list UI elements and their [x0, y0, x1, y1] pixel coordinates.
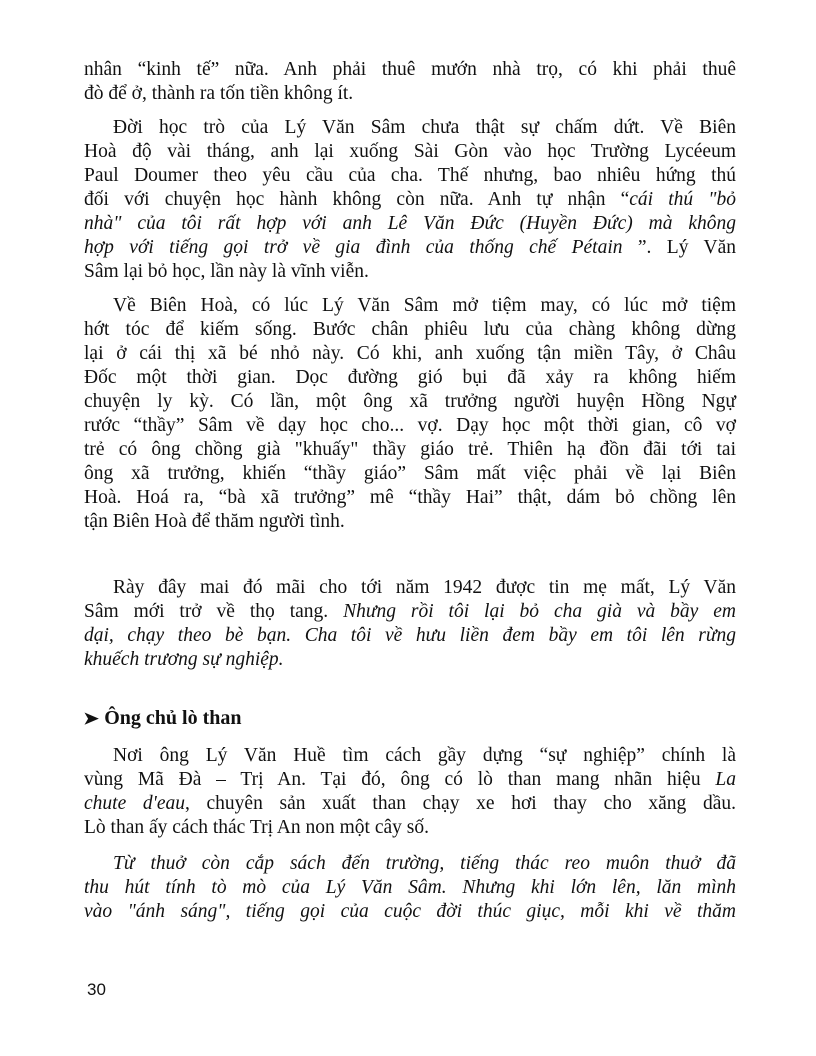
page-number: 30	[87, 980, 106, 1000]
text-line: vùng Mã Đà – Trị An. Tại đó, ông có lò t…	[84, 768, 736, 792]
section-heading: ➤Ông chủ lò than	[84, 706, 242, 731]
text-line: vào "ánh sáng", tiếng gọi của cuộc đời t…	[84, 900, 736, 924]
text-line: Nơi ông Lý Văn Huề tìm cách gầy dựng “sự…	[113, 744, 736, 768]
arrowhead-right-icon: ➤	[83, 707, 99, 731]
text-line: khuếch trương sự nghiệp.	[84, 648, 736, 672]
text-line: Từ thuở còn cắp sách đến trường, tiếng t…	[113, 852, 736, 876]
text-line: thu hút tính tò mò của Lý Văn Sâm. Nhưng…	[84, 876, 736, 900]
text-line: lại ở cái thị xã bé nhỏ này. Có khi, anh…	[84, 342, 736, 366]
text-line: nhà" của tôi rất hợp với anh Lê Văn Đức …	[84, 212, 736, 236]
text-line: Sâm lại bỏ học, lần này là vĩnh viễn.	[84, 260, 736, 284]
text-line: Hoà độ vài tháng, anh lại xuống Sài Gòn …	[84, 140, 736, 164]
italic-quote: Nhưng rồi tôi lại bỏ cha già và bầy em	[343, 601, 736, 622]
italic-brand: chute d'eau	[84, 793, 185, 814]
text-line: đối với chuyện học hành không còn nữa. A…	[84, 188, 736, 212]
text-line: chute d'eau, chuyên sản xuất than chạy x…	[84, 792, 736, 816]
text-line: Sâm mới trở về thọ tang. Nhưng rồi tôi l…	[84, 600, 736, 624]
text-line: chuyện ly kỳ. Có lần, một ông xã trưởng …	[84, 390, 736, 414]
italic-brand: La	[715, 769, 736, 790]
italic-quote: cái thú "bỏ	[629, 189, 736, 210]
section-heading-title: Ông chủ lò than	[104, 707, 241, 729]
book-page: nhân “kinh tế” nữa. Anh phải thuê mướn n…	[0, 0, 816, 1056]
text-line: hợp với tiếng gọi trở về gia đình của th…	[84, 236, 736, 260]
text-line: Lò than ấy cách thác Trị An non một cây …	[84, 816, 736, 840]
text-line: Hoà. Hoá ra, “bà xã trưởng” mê “thầy Hai…	[84, 486, 736, 510]
text-line: Về Biên Hoà, có lúc Lý Văn Sâm mở tiệm m…	[113, 294, 736, 318]
text-line: Đốc một thời gian. Dọc đường gió bụi đã …	[84, 366, 736, 390]
text-line: tận Biên Hoà để thăm người tình.	[84, 510, 736, 534]
text-line: ông xã trưởng, khiến “thầy giáo” Sâm mất…	[84, 462, 736, 486]
text-line: Rày đây mai đó mãi cho tới năm 1942 được…	[113, 576, 736, 600]
text-line: rước “thầy” Sâm về dạy học cho... vợ. Dạ…	[84, 414, 736, 438]
text-line: hớt tóc để kiếm sống. Bước chân phiêu lư…	[84, 318, 736, 342]
text-line: nhân “kinh tế” nữa. Anh phải thuê mướn n…	[84, 58, 736, 82]
text-line: Paul Doumer theo yêu cầu của cha. Thế nh…	[84, 164, 736, 188]
text-line: trẻ có ông chồng già "khuấy" thầy giáo t…	[84, 438, 736, 462]
italic-quote: hợp với tiếng gọi trở về gia đình của th…	[84, 237, 622, 258]
text-line: dại, chạy theo bè bạn. Cha tôi về hưu li…	[84, 624, 736, 648]
text-line: Đời học trò của Lý Văn Sâm chưa thật sự …	[113, 116, 736, 140]
text-line: đò để ở, thành ra tốn tiền không ít.	[84, 82, 736, 106]
